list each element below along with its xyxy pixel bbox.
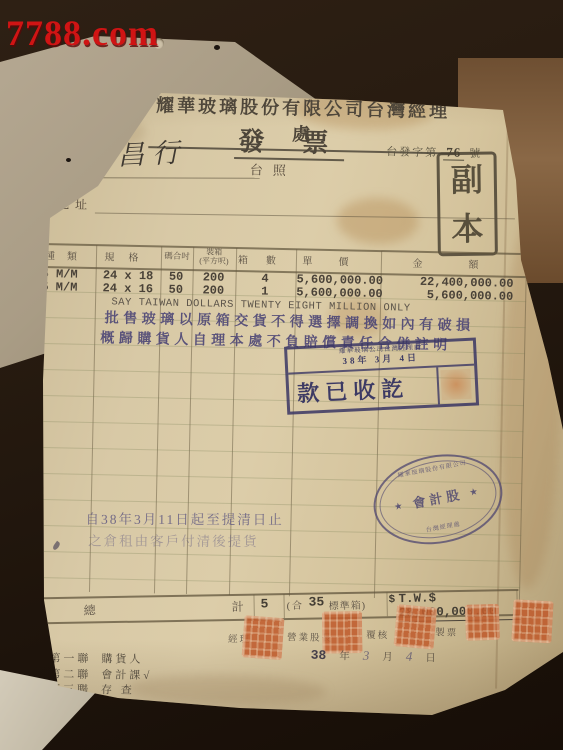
photo-of-invoice: 耀華玻璃股份有限公司台灣經理處 發票 台發字第76號 副 本 森昌行 台照 地址…: [0, 0, 563, 750]
total-label-left: 總: [84, 601, 98, 618]
paper-stain: [336, 197, 419, 245]
review-seal: [393, 604, 437, 649]
copy-line-1: 第一聯購貨人: [49, 652, 152, 669]
paper-speck: [214, 45, 220, 50]
payment-received-stamp: 耀華玻璃公司台灣經理處 38年 3月 4日 款已收訖: [284, 337, 479, 414]
honorific-label: 台照: [250, 159, 296, 179]
paper-speck: [66, 158, 71, 162]
total-standard-close: 標準箱): [329, 597, 367, 613]
label-issuer: 製票: [435, 624, 458, 638]
label-review: 覆核: [366, 627, 389, 641]
cell-boxing-2: 200: [193, 284, 233, 298]
copy-dest-3: 存 查: [101, 684, 135, 696]
invoice-content: 耀華玻璃股份有限公司台灣經理處 發票 台發字第76號 副 本 森昌行 台照 地址…: [26, 79, 563, 738]
duplicate-stamp-char1: 副: [451, 163, 483, 195]
col-header-boxcount: 箱數: [236, 251, 296, 267]
invoice-date: 38年3月4日: [311, 647, 449, 666]
total-currency-sign: $: [388, 594, 395, 606]
total-combine-open: (合: [287, 597, 305, 612]
column-line-stub: [32, 598, 33, 622]
manager-seal: [242, 615, 285, 660]
copy-dest-2: 會計課√: [101, 669, 152, 682]
document-title: 發票: [238, 121, 367, 161]
cell-type-2: 5 M/M: [39, 281, 95, 295]
total-boxes: 5: [260, 596, 268, 611]
column-line-stub: [283, 594, 284, 618]
total-label-right: 計: [232, 598, 246, 615]
cell-amount-2: 5,600,000.00: [381, 288, 513, 304]
copy-line-2: 第二聯會計課√: [49, 667, 152, 684]
copy-label-1: 第一聯: [49, 653, 91, 666]
copy-label-2: 第二聯: [49, 668, 91, 681]
col-header-amount: 金額: [381, 254, 526, 272]
oval-inner-ring: [373, 451, 503, 548]
col-header-yard: 碼合吋: [161, 249, 193, 262]
copy-dest-1: 購貨人: [101, 653, 143, 666]
paid-stamp-main: 款已收訖: [288, 366, 476, 412]
date-day-label: 日: [425, 653, 436, 664]
ledger-rule: [38, 421, 524, 432]
accounting-section-stamp: 耀華玻璃股份有限公司 ★ 會計股 ★ 台灣經理處: [366, 444, 510, 555]
invoice-sheet: 耀華玻璃股份有限公司台灣經理處 發票 台發字第76號 副 本 森昌行 台照 地址…: [38, 82, 563, 730]
watermark-7788: 7788.com: [6, 12, 159, 54]
cell-yard-2: 50: [161, 283, 190, 297]
date-month-label: 月: [382, 652, 393, 663]
col-header-boxing-line2: (平方呎): [192, 256, 236, 266]
date-month: 3: [363, 648, 370, 663]
warehouse-note-line1: 自38年3月11日起至提清日止: [86, 508, 284, 529]
cell-spec-2: 24 x 16: [97, 282, 158, 296]
col-header-spec: 規格: [96, 248, 161, 264]
col-header-unitprice: 單價: [296, 252, 381, 269]
serial-prefix: 台發字第: [386, 146, 438, 159]
ink-mark: [52, 541, 61, 551]
col-header-boxing: 裝箱 (平方呎): [192, 247, 236, 266]
orange-seal-impression: [440, 369, 471, 400]
paper-stain: [127, 673, 328, 707]
extra-seal: [511, 599, 553, 643]
cell-count-2: 1: [236, 285, 293, 299]
warehouse-note-line2: 之倉租由客戶付清後提貨: [88, 529, 259, 550]
paid-stamp-seal-cell: [436, 366, 476, 405]
paid-stamp-text: 款已收訖: [289, 370, 438, 408]
issuer-seal: [465, 604, 500, 641]
ledger-rule: [35, 551, 521, 562]
date-day: 4: [406, 649, 413, 664]
duplicate-copy-stamp: 副 本: [436, 151, 497, 256]
date-year-label: 年: [339, 651, 350, 662]
date-year: 38: [311, 648, 327, 663]
total-standard-count: 35: [308, 594, 324, 609]
cell-unitprice-2: 5,600,000.00: [296, 286, 376, 301]
